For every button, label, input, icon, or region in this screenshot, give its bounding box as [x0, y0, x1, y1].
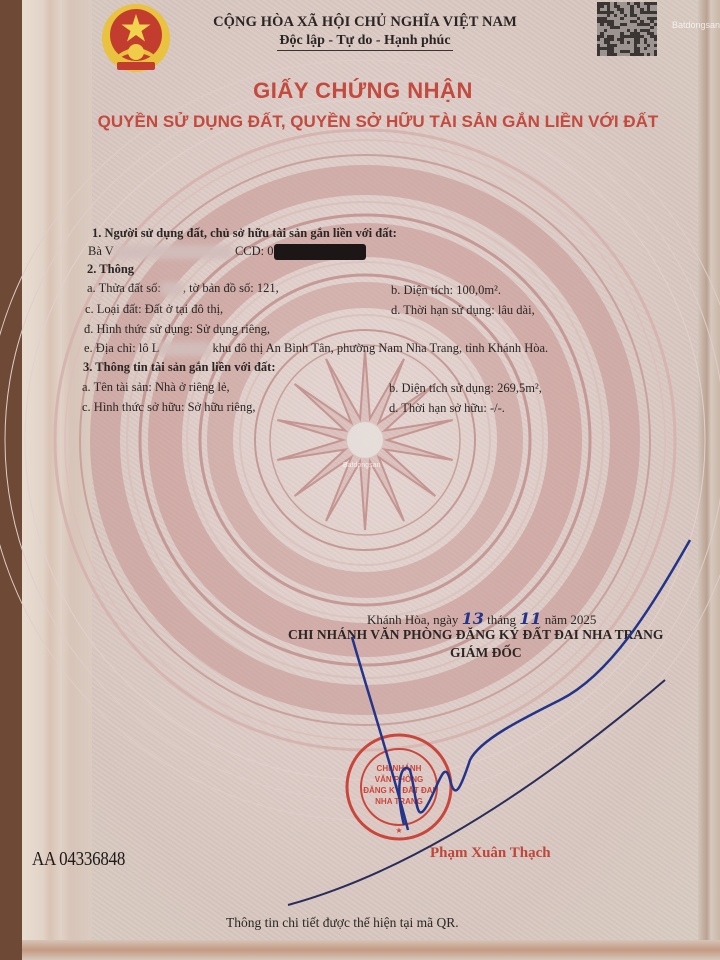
signer-name: Phạm Xuân Thạch [430, 845, 551, 862]
handwritten-signature [0, 0, 720, 960]
serial-number: AA 04336848 [32, 848, 125, 871]
footer-qr-note: Thông tin chi tiết được thể hiện tại mã … [226, 915, 459, 931]
